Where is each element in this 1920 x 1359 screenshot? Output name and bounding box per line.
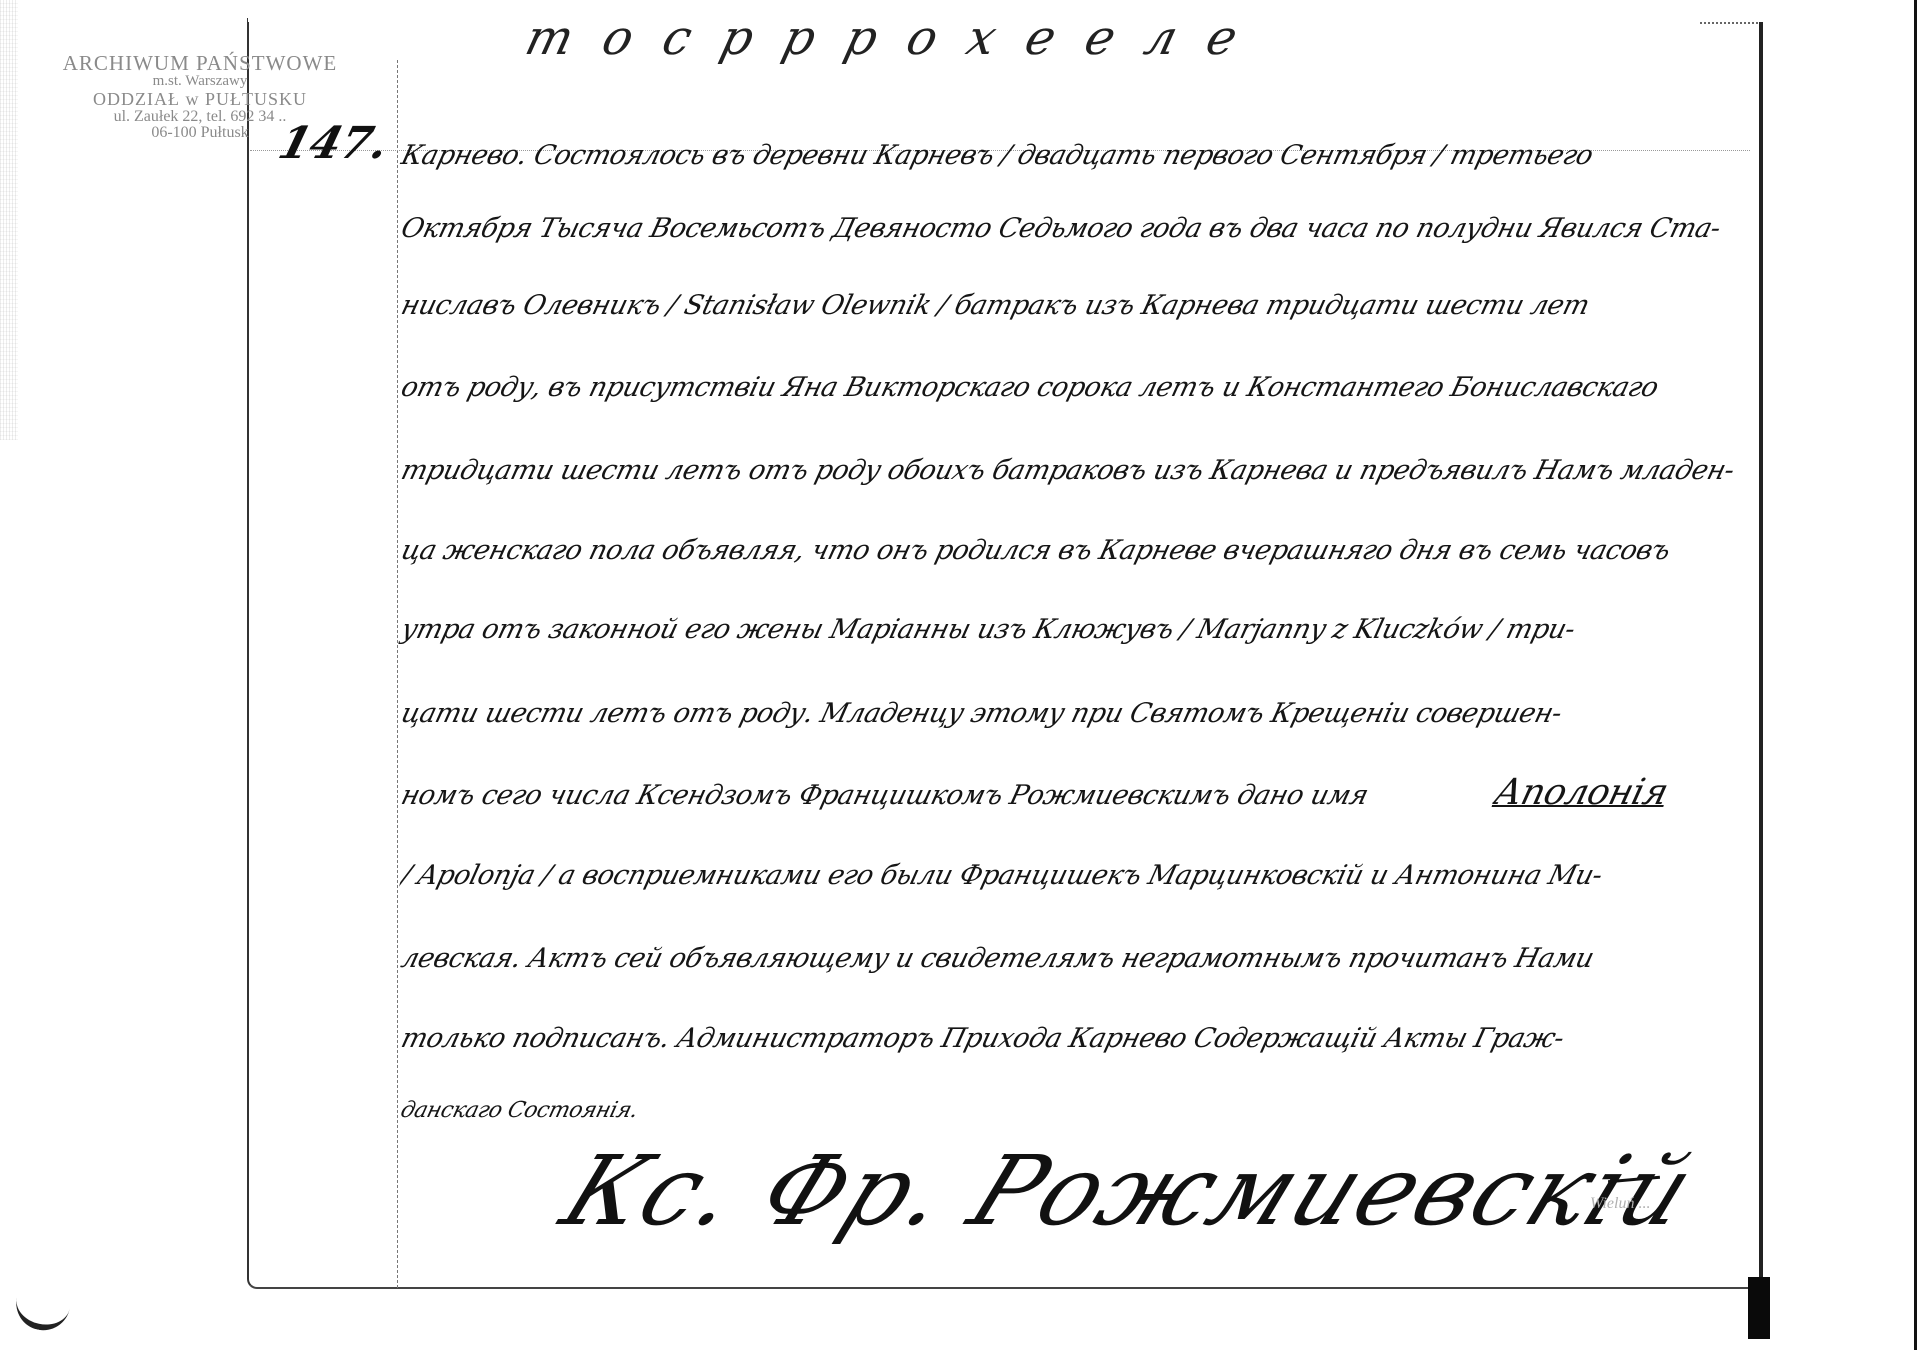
stamp-branch: ODDZIAŁ w PUŁTUSKU bbox=[40, 90, 360, 109]
stamp-city: m.st. Warszawy bbox=[40, 74, 360, 90]
record-line-2: Октября Тысяча Восемьсотъ Девяносто Седь… bbox=[398, 213, 1756, 244]
record-line-8: цати шести летъ отъ роду. Младенцу этому… bbox=[398, 698, 1756, 729]
previous-record-tail: т о с р р р о х е е л е bbox=[520, 10, 1884, 66]
margin-rule bbox=[397, 60, 398, 1288]
scan-edge-line bbox=[1914, 0, 1917, 1350]
stamp-archive-name: ARCHIWUM PAŃSTWOWE bbox=[40, 52, 360, 74]
record-line-7: утра отъ законной его жены Маріанны изъ … bbox=[398, 614, 1756, 645]
faint-marginal-mark: Wieluń ... bbox=[1590, 1195, 1650, 1213]
child-name: Аполонія bbox=[1490, 772, 1760, 813]
record-line-6: ца женскаго пола объявляя, что онъ родил… bbox=[398, 535, 1756, 566]
scan-noise bbox=[0, 0, 18, 440]
record-line-9: номъ сего числа Ксендзомъ Францишкомъ Ро… bbox=[398, 780, 1486, 811]
record-line-3: ниславъ Олевникъ / Stanisław Olewnik / б… bbox=[398, 290, 1756, 321]
record-line-4: отъ роду, въ присутствіи Яна Викторскаго… bbox=[398, 372, 1756, 403]
record-line-5: тридцати шести летъ отъ роду обоихъ батр… bbox=[398, 455, 1756, 486]
record-line-12: только подписанъ. Администраторъ Прихода… bbox=[398, 1023, 1756, 1054]
pen-mark bbox=[11, 1293, 70, 1336]
record-line-10: / Apolonja / а восприемниками его были Ф… bbox=[398, 860, 1756, 891]
priest-signature: Кс. Фр. Рожмиевскій bbox=[547, 1135, 1711, 1247]
record-line-11: левская. Актъ сей объявляющему и свидете… bbox=[398, 943, 1756, 974]
record-line-13: данскаго Состоянія. bbox=[398, 1098, 1754, 1123]
record-line-1: Карнево. Состоялось въ деревни Карневъ /… bbox=[398, 140, 1756, 171]
scan-edge-block bbox=[1748, 1277, 1770, 1339]
record-number: 147. bbox=[273, 118, 394, 169]
